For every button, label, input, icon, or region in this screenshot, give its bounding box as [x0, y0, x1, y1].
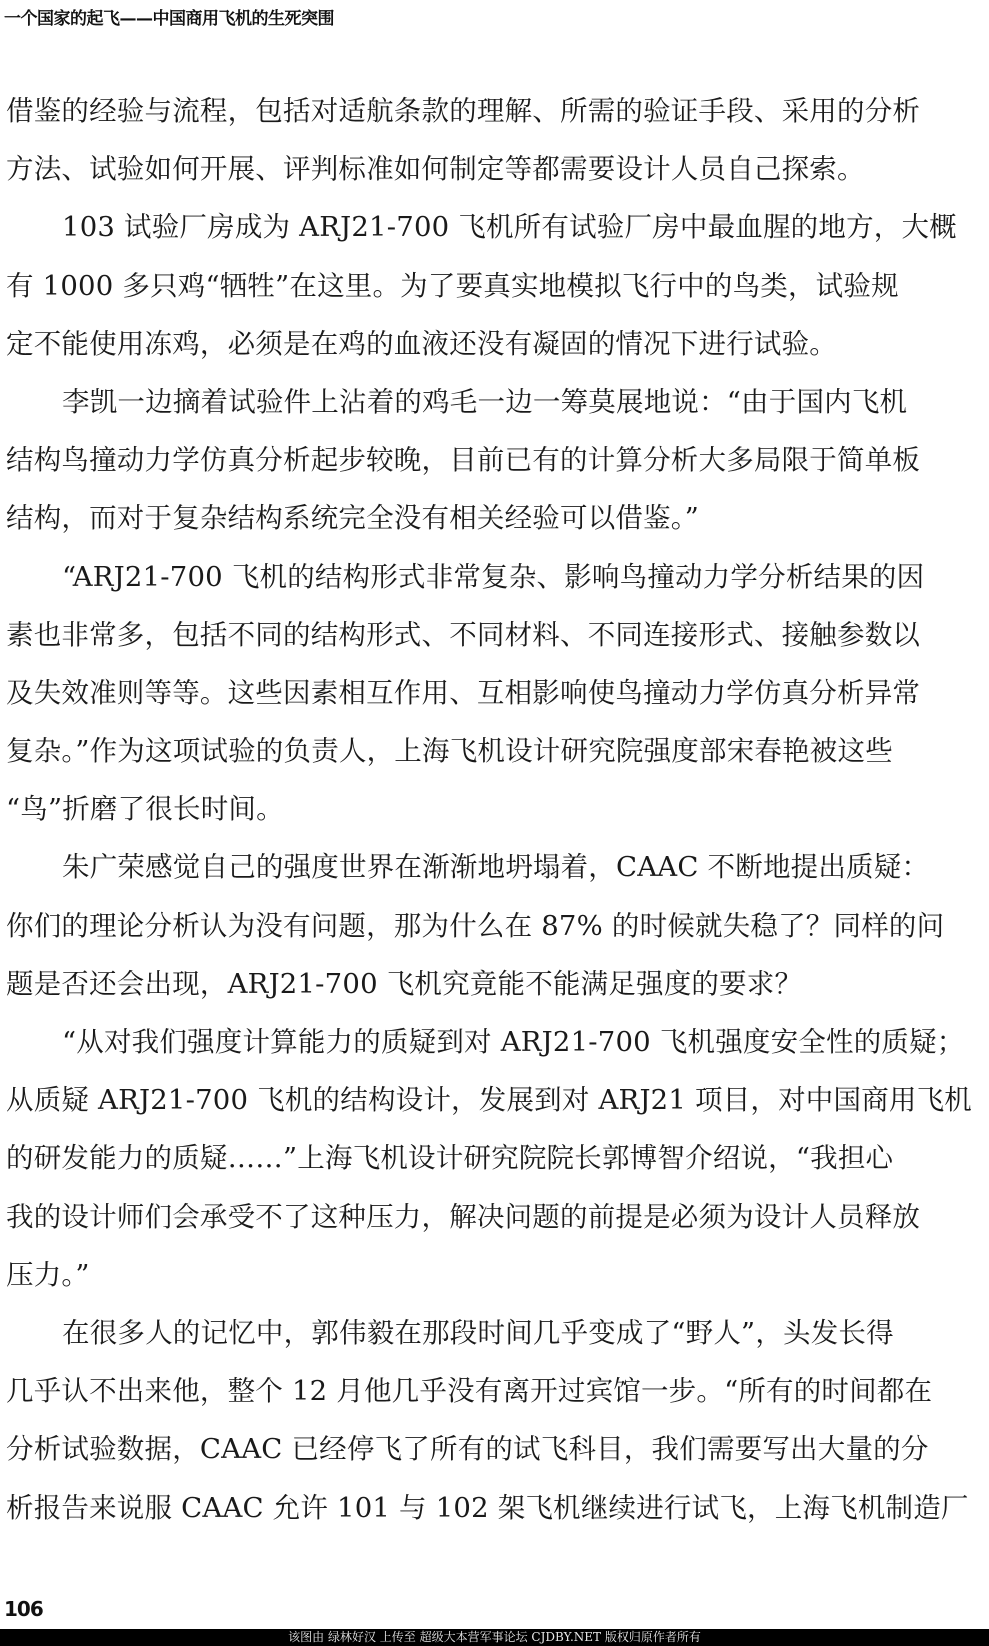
paragraph: 李凯一边摘着试验件上沾着的鸡毛一边一筹莫展地说：“由于国内飞机 结构鸟撞动力学仿… — [6, 379, 986, 554]
text-line: 方法、试验如何开展、评判标准如何制定等都需要设计人员自己探索。 — [6, 146, 986, 204]
text-line: 103 试验厂房成为 ARJ21-700 飞机所有试验厂房中最血腥的地方，大概 — [6, 204, 986, 262]
text-line: “从对我们强度计算能力的质疑到对 ARJ21-700 飞机强度安全性的质疑； — [6, 1019, 986, 1077]
paragraph: 103 试验厂房成为 ARJ21-700 飞机所有试验厂房中最血腥的地方，大概 … — [6, 204, 986, 379]
text-line: 题是否还会出现，ARJ21-700 飞机究竟能不能满足强度的要求？ — [6, 961, 986, 1019]
text-line: 复杂。”作为这项试验的负责人，上海飞机设计研究院强度部宋春艳被这些 — [6, 728, 986, 786]
text-line: 结构，而对于复杂结构系统完全没有相关经验可以借鉴。” — [6, 495, 986, 553]
text-line: 分析试验数据，CAAC 已经停飞了所有的试飞科目，我们需要写出大量的分 — [6, 1426, 986, 1484]
page-number: 106 — [4, 1597, 43, 1621]
text-line: 素也非常多，包括不同的结构形式、不同材料、不同连接形式、接触参数以 — [6, 612, 986, 670]
text-line: “ARJ21-700 飞机的结构形式非常复杂、影响鸟撞动力学分析结果的因 — [6, 554, 986, 612]
text-line: “鸟”折磨了很长时间。 — [6, 786, 986, 844]
paragraph: 朱广荣感觉自己的强度世界在渐渐地坍塌着，CAAC 不断地提出质疑： 你们的理论分… — [6, 844, 986, 1019]
paragraph: “ARJ21-700 飞机的结构形式非常复杂、影响鸟撞动力学分析结果的因 素也非… — [6, 554, 986, 845]
text-line: 从质疑 ARJ21-700 飞机的结构设计，发展到对 ARJ21 项目，对中国商… — [6, 1077, 986, 1135]
text-line: 有 1000 多只鸡“牺牲”在这里。为了要真实地模拟飞行中的鸟类，试验规 — [6, 263, 986, 321]
text-line: 借鉴的经验与流程，包括对适航条款的理解、所需的验证手段、采用的分析 — [6, 88, 986, 146]
text-line: 我的设计师们会承受不了这种压力，解决问题的前提是必须为设计人员释放 — [6, 1194, 986, 1252]
watermark-bar: 该图由 绿林好汉 上传至 超级大本营军事论坛 CJDBY.NET 版权归原作者所… — [0, 1629, 989, 1646]
running-header-title: 一个国家的起飞——中国商用飞机的生死突围 — [4, 4, 334, 29]
text-line: 在很多人的记忆中，郭伟毅在那段时间几乎变成了“野人”，头发长得 — [6, 1310, 986, 1368]
text-line: 几乎认不出来他，整个 12 月他几乎没有离开过宾馆一步。“所有的时间都在 — [6, 1368, 986, 1426]
text-line: 的研发能力的质疑……”上海飞机设计研究院院长郭博智介绍说，“我担心 — [6, 1135, 986, 1193]
text-line: 结构鸟撞动力学仿真分析起步较晚，目前已有的计算分析大多局限于简单板 — [6, 437, 986, 495]
text-line: 析报告来说服 CAAC 允许 101 与 102 架飞机继续进行试飞，上海飞机制… — [6, 1485, 986, 1543]
text-line: 你们的理论分析认为没有问题，那为什么在 87% 的时候就失稳了？同样的问 — [6, 903, 986, 961]
text-line: 定不能使用冻鸡，必须是在鸡的血液还没有凝固的情况下进行试验。 — [6, 321, 986, 379]
paragraph: 借鉴的经验与流程，包括对适航条款的理解、所需的验证手段、采用的分析 方法、试验如… — [6, 88, 986, 204]
text-line: 及失效准则等等。这些因素相互作用、互相影响使鸟撞动力学仿真分析异常 — [6, 670, 986, 728]
text-line: 压力。” — [6, 1252, 986, 1310]
paragraph: “从对我们强度计算能力的质疑到对 ARJ21-700 飞机强度安全性的质疑； 从… — [6, 1019, 986, 1310]
text-line: 朱广荣感觉自己的强度世界在渐渐地坍塌着，CAAC 不断地提出质疑： — [6, 844, 986, 902]
page-body: 借鉴的经验与流程，包括对适航条款的理解、所需的验证手段、采用的分析 方法、试验如… — [6, 88, 986, 1543]
paragraph: 在很多人的记忆中，郭伟毅在那段时间几乎变成了“野人”，头发长得 几乎认不出来他，… — [6, 1310, 986, 1543]
text-line: 李凯一边摘着试验件上沾着的鸡毛一边一筹莫展地说：“由于国内飞机 — [6, 379, 986, 437]
